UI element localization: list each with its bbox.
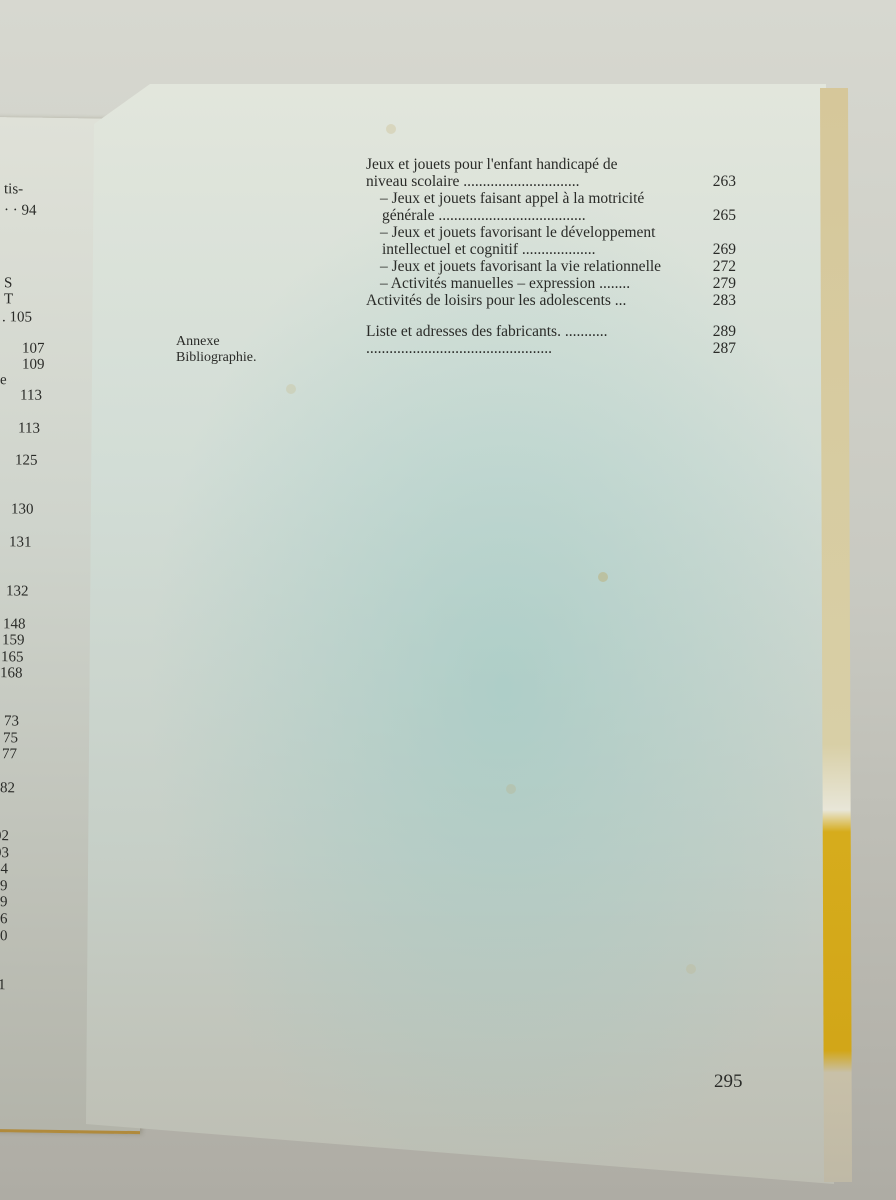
foxing-spot bbox=[598, 572, 608, 582]
foxing-spot bbox=[506, 784, 516, 794]
toc-spacer bbox=[366, 309, 736, 323]
left-page-fragment: 73 bbox=[4, 713, 19, 730]
toc-label: intellectuel et cognitif ...............… bbox=[366, 241, 696, 258]
toc-label: – Jeux et jouets faisant appel à la motr… bbox=[366, 190, 696, 207]
toc-label: – Jeux et jouets favorisant la vie relat… bbox=[366, 258, 696, 275]
annexe-labels: Annexe Bibliographie. bbox=[176, 334, 257, 366]
toc-page: 269 bbox=[696, 241, 736, 258]
left-page-fragment: 132 bbox=[6, 583, 29, 600]
toc-entry: ........................................… bbox=[366, 340, 736, 357]
left-page-fragment: S bbox=[4, 275, 12, 292]
toc-entry: intellectuel et cognitif ...............… bbox=[366, 241, 736, 258]
toc-entry: Jeux et jouets pour l'enfant handicapé d… bbox=[366, 156, 736, 173]
toc-page: 272 bbox=[696, 258, 736, 275]
left-page-fragment: 168 bbox=[0, 665, 23, 682]
bibliography-label: Bibliographie. bbox=[176, 350, 257, 366]
book-cover-edge bbox=[820, 88, 852, 1182]
toc-label: Liste et adresses des fabricants. ......… bbox=[366, 323, 696, 340]
toc-entry: – Jeux et jouets favorisant le développe… bbox=[366, 224, 736, 241]
left-page-fragment: 109 bbox=[22, 356, 45, 373]
toc-label: – Activités manuelles – expression .....… bbox=[366, 275, 696, 292]
left-page-fragment: 107 bbox=[22, 340, 45, 357]
left-page-fragment: 82 bbox=[0, 780, 15, 797]
foxing-spot bbox=[386, 124, 396, 134]
left-page-fragment: 130 bbox=[11, 501, 34, 518]
toc-page: 287 bbox=[696, 340, 736, 357]
annexe-label: Annexe bbox=[176, 334, 257, 350]
toc-entry: générale ...............................… bbox=[366, 207, 736, 224]
left-page-fragment: e bbox=[0, 372, 7, 389]
left-page-fragment: 75 bbox=[3, 730, 18, 747]
left-page-fragment: T bbox=[4, 291, 13, 308]
page-number: 295 bbox=[714, 1071, 743, 1093]
toc-label: Activités de loisirs pour les adolescent… bbox=[366, 292, 696, 309]
left-page-fragment: 113 bbox=[18, 420, 40, 437]
left-page-fragment: 131 bbox=[9, 534, 32, 551]
toc-page: 279 bbox=[696, 275, 736, 292]
toc-page: 283 bbox=[696, 292, 736, 309]
toc-entry: – Jeux et jouets favorisant la vie relat… bbox=[366, 258, 736, 275]
toc-page: 265 bbox=[696, 207, 736, 224]
left-page-fragment: 125 bbox=[15, 452, 38, 469]
left-page-fragment: 165 bbox=[1, 649, 24, 666]
left-page-fragment: 1 bbox=[0, 977, 6, 994]
toc-label: générale ...............................… bbox=[366, 207, 696, 224]
left-page-fragment: 93 bbox=[0, 845, 9, 862]
toc-label: ........................................… bbox=[366, 340, 696, 357]
toc-entry: niveau scolaire ........................… bbox=[366, 173, 736, 190]
left-page-fragment: 9 bbox=[0, 878, 8, 895]
left-page-fragment: · · 94 bbox=[4, 202, 37, 219]
left-page-fragment: 6 bbox=[0, 911, 8, 928]
left-page-fragment: 92 bbox=[0, 828, 9, 845]
toc-entry: – Activités manuelles – expression .....… bbox=[366, 275, 736, 292]
table-of-contents: Jeux et jouets pour l'enfant handicapé d… bbox=[366, 156, 736, 357]
toc-entry: – Jeux et jouets faisant appel à la motr… bbox=[366, 190, 736, 207]
foxing-spot bbox=[286, 384, 296, 394]
left-page-fragment: 148 bbox=[3, 616, 26, 633]
toc-entry: Activités de loisirs pour les adolescent… bbox=[366, 292, 736, 309]
toc-page: 263 bbox=[696, 173, 736, 190]
left-page-fragment: . 105 bbox=[2, 309, 32, 326]
left-page-fragment: 9 bbox=[0, 894, 8, 911]
toc-entry: Liste et adresses des fabricants. ......… bbox=[366, 323, 736, 340]
toc-label: niveau scolaire ........................… bbox=[366, 173, 696, 190]
toc-label: Jeux et jouets pour l'enfant handicapé d… bbox=[366, 156, 696, 173]
left-page-fragment: 94 bbox=[0, 861, 8, 878]
left-page-fragment: 113 bbox=[20, 387, 42, 404]
left-page-fragment: 0 bbox=[0, 928, 8, 945]
foxing-spot bbox=[686, 964, 696, 974]
toc-label: – Jeux et jouets favorisant le développe… bbox=[366, 224, 696, 241]
left-page-fragment: 159 bbox=[2, 632, 25, 649]
left-page-fragment: 77 bbox=[2, 746, 17, 763]
left-page-fragment: tis- bbox=[4, 181, 23, 198]
toc-page: 289 bbox=[696, 323, 736, 340]
